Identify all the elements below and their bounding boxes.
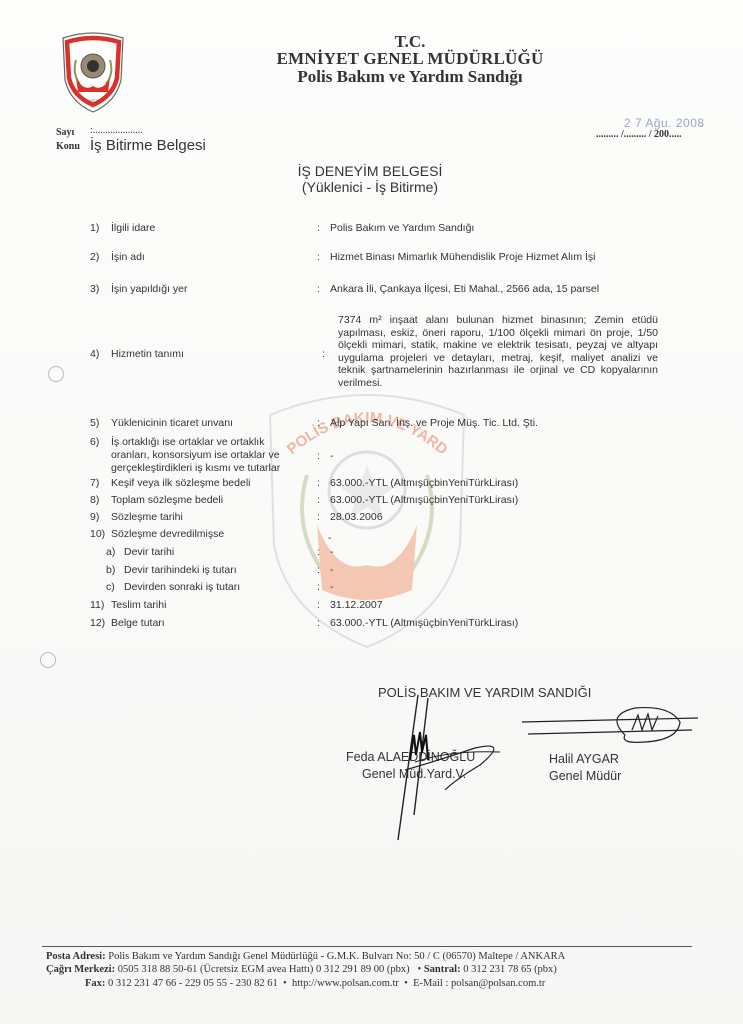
item-value: - (330, 581, 334, 594)
item-value: - (330, 450, 334, 463)
item-label-line: gerçekleştirdikleri iş kısmı ve tutarlar (111, 462, 280, 475)
konu-value: İş Bitirme Belgesi (90, 137, 206, 154)
footer-contact: Fax: 0 312 231 47 66 - 229 05 55 - 230 8… (85, 978, 545, 989)
footer-call-center: Çağrı Merkezi: 0505 318 88 50-61 (Ücrets… (46, 964, 557, 975)
footer-divider (42, 946, 692, 947)
item-value: 63.000.-YTL (AltmışüçbinYeniTürkLirası) (330, 617, 518, 630)
konu-label: Konu (56, 141, 80, 152)
website-link[interactable]: http://www.polsan.com.tr (292, 978, 399, 989)
item-value: - (330, 564, 334, 577)
item-label: İşin yapıldığı yer (111, 283, 187, 296)
organization-logo-icon: 1952 (58, 30, 128, 114)
document-page: 1952 T.C. EMNİYET GENEL MÜDÜRLÜĞÜ Polis … (0, 0, 743, 1024)
item-label: Devirden sonraki iş tutarı (124, 581, 240, 594)
item-value: 63.000.-YTL (AltmışüçbinYeniTürkLirası) (330, 494, 518, 507)
item-value: 63.000.-YTL (AltmışüçbinYeniTürkLirası) (330, 477, 518, 490)
service-description: 7374 m² inşaat alanı bulunan hizmet bina… (338, 314, 658, 389)
item-label: Sözleşme tarihi (111, 511, 183, 524)
item-value: - (330, 546, 334, 559)
item-value: Hizmet Binası Mimarlık Mühendislik Proje… (330, 251, 595, 264)
item-label: Hizmetin tanımı (111, 348, 184, 361)
item-value: 31.12.2007 (330, 599, 383, 612)
item-label: Devir tarihi (124, 546, 174, 559)
item-label-line: oranları, konsorsiyum ise ortaklar ve (111, 449, 280, 462)
footer-address: Posta Adresi: Polis Bakım ve Yardım Sand… (46, 951, 565, 962)
item-label: İlgili idare (111, 222, 155, 235)
item-value: - (328, 532, 332, 545)
document-subtitle: (Yüklenici - İş Bitirme) (240, 179, 500, 195)
date-stamp: 2 7 Ağu. 2008 (624, 116, 705, 130)
item-value: Polis Bakım ve Yardım Sandığı (330, 222, 474, 235)
document-title: İŞ DENEYİM BELGESİ (240, 163, 500, 179)
logo-year: 1952 (88, 100, 99, 105)
item-label: Teslim tarihi (111, 599, 166, 612)
item-label: Yüklenicinin ticaret unvanı (111, 417, 233, 430)
item-label: Belge tutarı (111, 617, 165, 630)
item-label: Toplam sözleşme bedeli (111, 494, 223, 507)
signature-left-icon (380, 690, 520, 850)
letterhead-line3: Polis Bakım ve Yardım Sandığı (200, 67, 620, 87)
punch-hole (48, 366, 64, 382)
email-link[interactable]: polsan@polsan.com.tr (451, 978, 545, 989)
item-label: Sözleşme devredilmişse (111, 528, 224, 541)
signer-right-title: Genel Müdür (549, 769, 621, 783)
item-label: Keşif veya ilk sözleşme bedeli (111, 477, 250, 490)
sayi-label: Sayı (56, 127, 74, 138)
sayi-value: :.................... (90, 125, 143, 136)
letterhead-line2: EMNİYET GENEL MÜDÜRLÜĞÜ (200, 49, 620, 69)
date-field: ......... /......... / 200..... (596, 129, 682, 140)
item-value: Ankara İli, Çankaya İlçesi, Eti Mahal., … (330, 283, 599, 296)
signature-right-icon (520, 700, 700, 760)
item-value: 28.03.2006 (330, 511, 383, 524)
item-value: Alp Yapı San. İnş. ve Proje Müş. Tic. Lt… (330, 417, 538, 430)
item-label-line: İş ortaklığı ise ortaklar ve ortaklık (111, 436, 264, 449)
punch-hole (40, 652, 56, 668)
item-label: Devir tarihindeki iş tutarı (124, 564, 237, 577)
item-label: İşin adı (111, 251, 145, 264)
